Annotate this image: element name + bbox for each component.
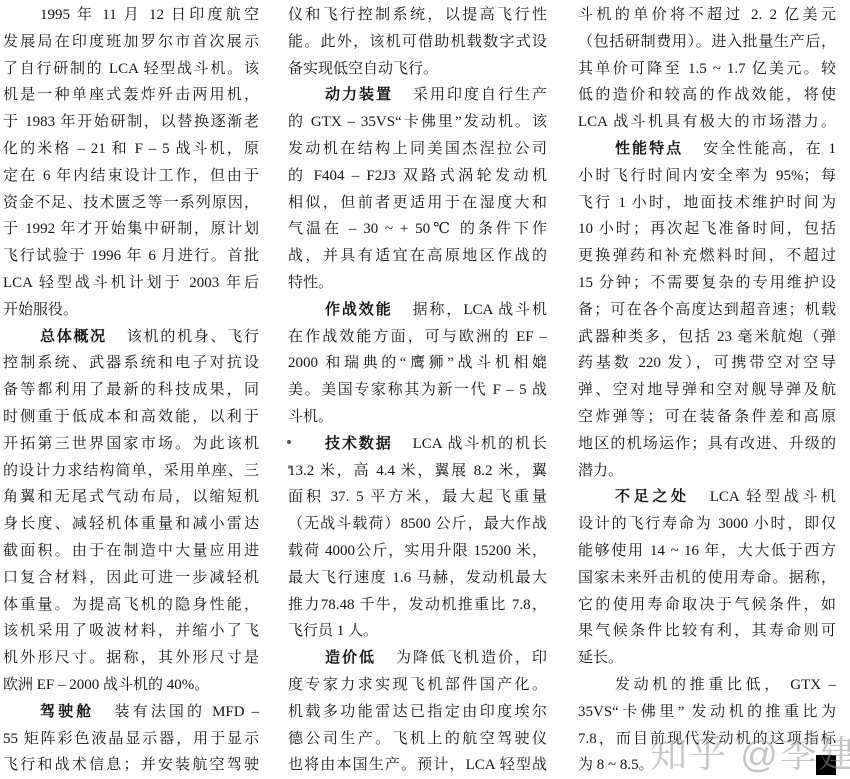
line-text: 2000 和瑞典的“鹰狮”战斗机相媲 (288, 355, 547, 371)
text-line: 的 F404 – F2J3 双路式涡轮发动机 (288, 163, 547, 190)
text-column-right: 斗机的单价将不超过 2. 2 亿美元（包括研制费用）。进入批量生产后，其单价可降… (578, 2, 836, 779)
text-line: 口复合材料，因此可进一步减轻机 (3, 565, 259, 592)
text-line: 动力装置采用印度自行生产 (288, 82, 547, 109)
text-line: 2000 和瑞典的“鹰狮”战斗机相媲 (288, 350, 547, 377)
line-text: 更换弹药和补充燃料时间，不超过 (578, 248, 836, 264)
text-line: 飞行 1 小时，地面技术维护时间为 (578, 190, 836, 217)
text-line: 能够使用 14 ~ 16 年，大大低于西方 (578, 538, 836, 565)
scanned-article-page: 1995 年 11 月 12 日印度航空发展局在印度班加罗尔市首次展示了自行研制… (0, 0, 850, 779)
text-line: 技术数据LCA 战斗机的机长 (288, 431, 547, 458)
line-text: 药基数 220 发），可携带空对空导 (578, 355, 836, 371)
text-line: 备；可在各个高度达到超音速；机载 (578, 297, 836, 324)
section-heading: 驾驶舱 (40, 703, 94, 720)
line-text: 采用印度自行生产 (413, 87, 547, 103)
line-text: 为 8 ~ 8.5。 (578, 757, 654, 773)
text-line: 战，并具有适宜在高原地区作战的 (288, 243, 547, 270)
section-heading: 造价低 (325, 649, 376, 666)
line-text: 欧洲 EF – 2000 战斗机的 40%。 (3, 677, 209, 693)
line-text: 7.8，而目前现代发动机的这项指标 (578, 731, 836, 747)
text-line: 机载多功能雷达已指定由印度埃尔 (288, 699, 547, 726)
section-heading: 动力装置 (325, 86, 393, 103)
line-text: 最大飞行速度 1.6 马赫，发动机最大 (288, 570, 547, 586)
line-text: 化的米格 – 21 和 F – 5 战斗机，原 (3, 141, 259, 157)
line-text: 为降低飞机造价，印 (396, 650, 547, 666)
line-text: 飞行和战术信息；并安装航空驾驶 (3, 757, 259, 773)
text-line: 总体概况该机的机身、飞行 (3, 324, 259, 351)
text-line: 10 小时；再次起飞准备时间，包括 (578, 216, 836, 243)
line-text: 果气候条件比较有利，其寿命则可 (578, 623, 836, 639)
text-line: 为 8 ~ 8.5。 (578, 752, 836, 779)
line-text: LCA 战斗机的机长 (413, 436, 547, 452)
line-text: 能。此外，该机可借助机载数字式设 (288, 34, 547, 50)
line-text: 机是一种单座式轰炸歼击两用机， (3, 87, 259, 103)
text-line: 斗机的单价将不超过 2. 2 亿美元 (578, 2, 836, 29)
text-line: 备实现低空自动飞行。 (288, 56, 547, 83)
line-text: 装有法国的 MFD – (114, 704, 259, 720)
line-text: 备实现低空自动飞行。 (288, 61, 438, 77)
text-line: 的 GTX – 35VS“卡佛里”发动机。该 (288, 109, 547, 136)
text-line: 载荷 4000公斤，实用升限 15200 米， (288, 538, 547, 565)
text-line: 驾驶舱装有法国的 MFD – (3, 699, 259, 726)
text-line: 度专家力求实现飞机部件国产化。 (288, 672, 547, 699)
text-line: 果气候条件比较有利，其寿命则可 (578, 618, 836, 645)
line-text: 35VS“卡佛里” 发动机的推重比为 (578, 704, 836, 720)
text-line: 设计的飞行寿命为 3000 小时，即仅 (578, 511, 836, 538)
text-line: 空炸弹等；可在装备条件差和高原 (578, 404, 836, 431)
text-line: 斗机。 (288, 404, 547, 431)
text-line: 于 1992 年才开始集中研制，原计划 (3, 216, 259, 243)
line-text: 它的使用寿命取决于气候条件，如 (578, 597, 836, 613)
text-line: 7.8，而目前现代发动机的这项指标 (578, 726, 836, 753)
line-text: 也将由本国生产。预计，LCA 轻型战 (288, 757, 547, 773)
line-text: 的 GTX – 35VS“卡佛里”发动机。该 (288, 114, 547, 130)
text-line: （包括研制费用）。进入批量生产后， (578, 29, 836, 56)
article-end-mark-icon (816, 755, 836, 775)
text-line: 机是一种单座式轰炸歼击两用机， (3, 82, 259, 109)
line-text: 开始服役。 (3, 302, 78, 318)
line-text: 载荷 4000公斤，实用升限 15200 米， (288, 543, 547, 559)
line-text: 面积 37. 5 平方米，最大起飞重量 (288, 489, 547, 505)
line-text: 该机采用了吸波材料，并缩小了飞 (3, 623, 259, 639)
line-text: 相似，但前者更适用于在湿度大和 (288, 195, 547, 211)
line-text: 飞行员 1 人。 (288, 623, 378, 639)
text-line: LCA 战斗机具有极大的市场潜力。 (578, 109, 836, 136)
line-text: 发动机的推重比低， GTX – (615, 677, 836, 693)
text-line: 推力78.48 千牛，发动机推重比 7.8， (288, 592, 547, 619)
line-text: 设计的飞行寿命为 3000 小时，即仅 (578, 516, 836, 532)
line-text: 55 矩阵彩色液晶显示器，用于显示 (3, 731, 259, 747)
line-text: 备等都利用了最新的科技成果，同 (3, 382, 259, 398)
text-line: 特性。 (288, 270, 547, 297)
text-line: 欧洲 EF – 2000 战斗机的 40%。 (3, 672, 259, 699)
line-text: 空炸弹等；可在装备条件差和高原 (578, 409, 836, 425)
section-heading: 性能特点 (615, 140, 683, 157)
line-text: 弹、空对地导弹和空对舰导弹及航 (578, 382, 836, 398)
line-text: 地区的机场运作；具有改进、升级的 (578, 436, 836, 452)
text-line: （无战斗载荷）8500 公斤，最大作战 (288, 511, 547, 538)
text-line: 也将由本国生产。预计，LCA 轻型战 (288, 752, 547, 779)
line-text: 据称，LCA 战斗机 (413, 302, 547, 318)
line-text: 该机的机身、飞行 (127, 329, 259, 345)
line-text: 斗机的单价将不超过 2. 2 亿美元 (578, 7, 836, 23)
line-text: 潜力。 (578, 463, 623, 479)
text-line: 35VS“卡佛里” 发动机的推重比为 (578, 699, 836, 726)
text-line: 低的造价和较高的作战效能，将使 (578, 82, 836, 109)
text-line: 1995 年 11 月 12 日印度航空 (3, 2, 259, 29)
line-text: 身长度、减轻机体重量和减小雷达 (3, 516, 259, 532)
line-text: 角翼和无尾式气动布局，以缩短机 (3, 489, 259, 505)
text-line: 控制系统、武器系统和电子对抗设 (3, 350, 259, 377)
text-line: 弹、空对地导弹和空对舰导弹及航 (578, 377, 836, 404)
text-line: 更换弹药和补充燃料时间，不超过 (578, 243, 836, 270)
text-line: 的设计力求结构简单，采用单座、三 (3, 458, 259, 485)
line-text: 体重量。为提高飞机的隐身性能， (3, 597, 259, 613)
text-line: 武器种类多，包括 23 毫米航炮（弹 (578, 324, 836, 351)
text-line: 飞行员 1 人。 (288, 618, 547, 645)
line-text: 特性。 (288, 275, 333, 291)
text-line: 它的使用寿命取决于气候条件，如 (578, 592, 836, 619)
text-line: 55 矩阵彩色液晶显示器，用于显示 (3, 726, 259, 753)
line-text: 其单价可降至 1.5 ~ 1.7 亿美元。较 (578, 61, 836, 77)
text-line: 备等都利用了最新的科技成果，同 (3, 377, 259, 404)
text-line: 最大飞行速度 1.6 马赫，发动机最大 (288, 565, 547, 592)
line-text: 定在 6 年内结束设计工作，但由于 (3, 168, 259, 184)
scan-speck (287, 440, 291, 444)
line-text: 在作战效能方面，可与欧洲的 EF – (288, 329, 547, 345)
line-text: 备；可在各个高度达到超音速；机载 (578, 302, 836, 318)
line-text: 气温在 – 30 ~ + 50℃ 的条件下作 (288, 221, 547, 237)
text-line: 不足之处LCA 轻型战斗机 (578, 484, 836, 511)
text-line: 能。此外，该机可借助机载数字式设 (288, 29, 547, 56)
text-line: 潜力。 (578, 458, 836, 485)
line-text: 于 1983 年开始研制，以替换逐渐老 (3, 114, 259, 130)
text-line: 定在 6 年内结束设计工作，但由于 (3, 163, 259, 190)
line-text: 安全性能高，在 1 (703, 141, 836, 157)
text-line: 发动机在结构上同美国杰涅拉公司 (288, 136, 547, 163)
text-line: 13.2 米，高 4.4 米，翼展 8.2 米，翼 (288, 458, 547, 485)
text-line: 相似，但前者更适用于在湿度大和 (288, 190, 547, 217)
text-line: 截面积。由于在制造中大量应用进 (3, 538, 259, 565)
text-line: 造价低为降低飞机造价，印 (288, 645, 547, 672)
line-text: 机载多功能雷达已指定由印度埃尔 (288, 704, 547, 720)
line-text: 战，并具有适宜在高原地区作战的 (288, 248, 547, 264)
line-text: 飞行 1 小时，地面技术维护时间为 (578, 195, 836, 211)
line-text: 于 1992 年才开始集中研制，原计划 (3, 221, 259, 237)
text-line: 其单价可降至 1.5 ~ 1.7 亿美元。较 (578, 56, 836, 83)
text-line: 该机采用了吸波材料，并缩小了飞 (3, 618, 259, 645)
text-line: 延长。 (578, 645, 836, 672)
text-line: 在作战效能方面，可与欧洲的 EF – (288, 324, 547, 351)
text-line: 于 1983 年开始研制，以替换逐渐老 (3, 109, 259, 136)
line-text: 13.2 米，高 4.4 米，翼展 8.2 米，翼 (288, 463, 547, 479)
text-line: 美。美国专家称其为新一代 F – 5 战 (288, 377, 547, 404)
line-text: （无战斗载荷）8500 公斤，最大作战 (288, 516, 547, 532)
text-line: 发动机的推重比低， GTX – (578, 672, 836, 699)
text-line: 体重量。为提高飞机的隐身性能， (3, 592, 259, 619)
line-text: 发展局在印度班加罗尔市首次展示 (3, 34, 259, 50)
section-heading: 技术数据 (325, 435, 393, 452)
text-line: LCA 轻型战斗机计划于 2003 年后 (3, 270, 259, 297)
section-heading: 不足之处 (615, 488, 690, 505)
line-text: 的设计力求结构简单，采用单座、三 (3, 463, 259, 479)
line-text: 小时飞行时间内安全率为 95%；每 (578, 168, 836, 184)
line-text: （包括研制费用）。进入批量生产后， (578, 34, 836, 50)
line-text: 武器种类多，包括 23 毫米航炮（弹 (578, 329, 836, 345)
line-text: 时侧重于低成本和高效能，以利于 (3, 409, 259, 425)
scan-speck (288, 465, 291, 469)
text-line: 药基数 220 发），可携带空对空导 (578, 350, 836, 377)
line-text: 10 小时；再次起飞准备时间，包括 (578, 221, 836, 237)
line-text: 1995 年 11 月 12 日印度航空 (40, 7, 259, 23)
line-text: 国家未来歼击机的使用寿命。据称， (578, 570, 836, 586)
text-line: 面积 37. 5 平方米，最大起飞重量 (288, 484, 547, 511)
text-line: 飞行和战术信息；并安装航空驾驶 (3, 752, 259, 779)
text-line: 地区的机场运作；具有改进、升级的 (578, 431, 836, 458)
text-line: 15 分钟；不需要复杂的专用维护设 (578, 270, 836, 297)
text-line: 发展局在印度班加罗尔市首次展示 (3, 29, 259, 56)
text-column-middle: 仪和飞行控制系统，以提高飞行性能。此外，该机可借助机载数字式设备实现低空自动飞行… (288, 2, 547, 779)
text-line: 国家未来歼击机的使用寿命。据称， (578, 565, 836, 592)
text-line: 机外形尺寸。据称，其外形尺寸是 (3, 645, 259, 672)
line-text: 发动机在结构上同美国杰涅拉公司 (288, 141, 547, 157)
line-text: 飞行试验于 1996 年 6 月进行。首批 (3, 248, 259, 264)
section-heading: 总体概况 (40, 328, 107, 345)
text-line: 仪和飞行控制系统，以提高飞行性 (288, 2, 547, 29)
line-text: 德公司生产。飞机上的航空驾驶仪 (288, 731, 547, 747)
text-line: 作战效能据称，LCA 战斗机 (288, 297, 547, 324)
line-text: 开拓第三世界国家市场。为此该机 (3, 436, 259, 452)
line-text: 控制系统、武器系统和电子对抗设 (3, 355, 259, 371)
line-text: 的 F404 – F2J3 双路式涡轮发动机 (288, 168, 547, 184)
line-text: 截面积。由于在制造中大量应用进 (3, 543, 259, 559)
line-text: LCA 轻型战斗机 (710, 489, 836, 505)
text-line: 化的米格 – 21 和 F – 5 战斗机，原 (3, 136, 259, 163)
line-text: 仪和飞行控制系统，以提高飞行性 (288, 7, 547, 23)
text-line: 开始服役。 (3, 297, 259, 324)
line-text: LCA 战斗机具有极大的市场潜力。 (578, 114, 836, 130)
text-line: 开拓第三世界国家市场。为此该机 (3, 431, 259, 458)
text-line: 气温在 – 30 ~ + 50℃ 的条件下作 (288, 216, 547, 243)
line-text: 推力78.48 千牛，发动机推重比 7.8， (288, 597, 547, 613)
text-line: 性能特点安全性能高，在 1 (578, 136, 836, 163)
line-text: 15 分钟；不需要复杂的专用维护设 (578, 275, 836, 291)
line-text: 口复合材料，因此可进一步减轻机 (3, 570, 259, 586)
line-text: 美。美国专家称其为新一代 F – 5 战 (288, 382, 547, 398)
line-text: 机外形尺寸。据称，其外形尺寸是 (3, 650, 259, 666)
text-line: 身长度、减轻机体重量和减小雷达 (3, 511, 259, 538)
line-text: 资金不足、技术匮乏等一系列原因， (3, 195, 259, 211)
line-text: 斗机。 (288, 409, 333, 425)
text-line: 了自行研制的 LCA 轻型战斗机。该 (3, 56, 259, 83)
section-heading: 作战效能 (325, 301, 393, 318)
text-line: 资金不足、技术匮乏等一系列原因， (3, 190, 259, 217)
text-line: 德公司生产。飞机上的航空驾驶仪 (288, 726, 547, 753)
text-line: 时侧重于低成本和高效能，以利于 (3, 404, 259, 431)
text-line: 飞行试验于 1996 年 6 月进行。首批 (3, 243, 259, 270)
text-line: 角翼和无尾式气动布局，以缩短机 (3, 484, 259, 511)
line-text: 度专家力求实现飞机部件国产化。 (288, 677, 547, 693)
text-line: 小时飞行时间内安全率为 95%；每 (578, 163, 836, 190)
line-text: 延长。 (578, 650, 623, 666)
line-text: 了自行研制的 LCA 轻型战斗机。该 (3, 61, 259, 77)
line-text: LCA 轻型战斗机计划于 2003 年后 (3, 275, 259, 291)
text-column-left: 1995 年 11 月 12 日印度航空发展局在印度班加罗尔市首次展示了自行研制… (3, 2, 259, 779)
line-text: 低的造价和较高的作战效能，将使 (578, 87, 836, 103)
line-text: 能够使用 14 ~ 16 年，大大低于西方 (578, 543, 836, 559)
